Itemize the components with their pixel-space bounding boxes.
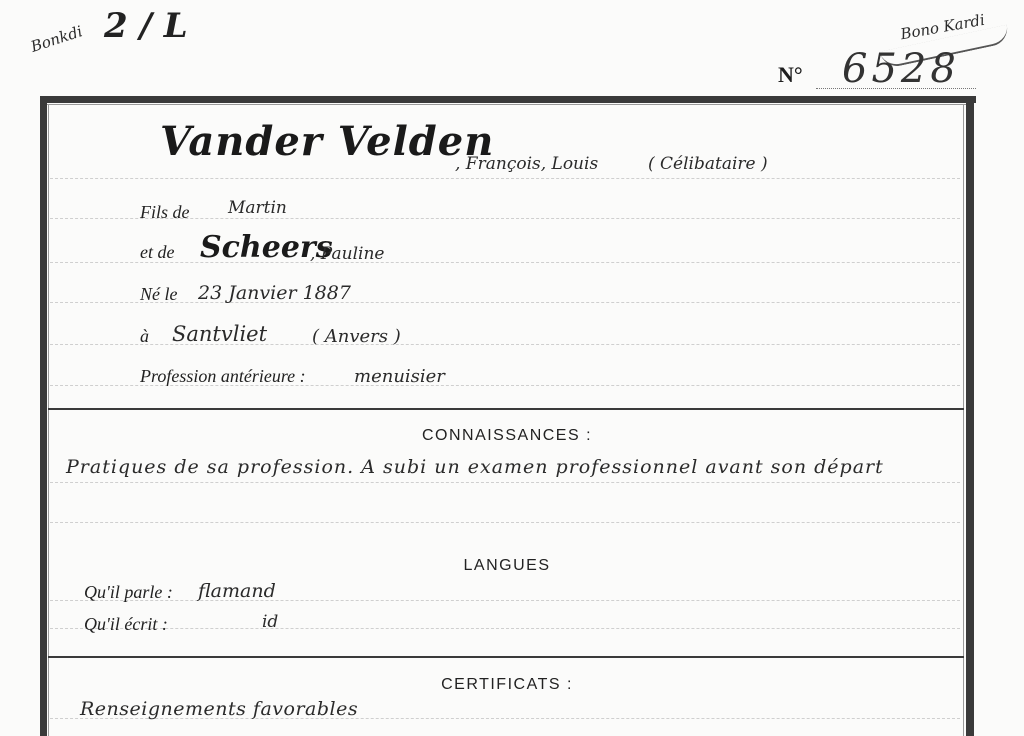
mother-row: et de Scheers , Pauline — [140, 230, 840, 270]
birth-place-value: Santvliet — [172, 322, 267, 346]
ruled-line — [50, 178, 960, 179]
speaks-value: flamand — [198, 580, 276, 602]
frame-inner-left — [48, 104, 49, 736]
birth-date-value: 23 Janvier 1887 — [198, 282, 351, 304]
record-number-label: N° — [778, 62, 803, 88]
civil-status: ( Célibataire ) — [648, 154, 768, 174]
certificats-text: Renseignements favorables — [80, 698, 358, 720]
given-names: , François, Louis — [455, 154, 598, 174]
father-label: Fils de — [140, 202, 190, 223]
identity-line: Vander Velden , François, Louis ( Céliba… — [160, 108, 960, 178]
connaissances-heading: CONNAISSANCES : — [0, 427, 1014, 445]
father-row: Fils de Martin — [140, 198, 840, 228]
writes-row: Qu'il écrit : id — [84, 612, 584, 638]
profession-value: menuisier — [354, 366, 445, 387]
surname: Vander Velden — [160, 118, 494, 165]
speaks-label: Qu'il parle : — [84, 582, 173, 603]
record-number-value: 6528 — [842, 46, 960, 92]
speaks-row: Qu'il parle : flamand — [84, 580, 584, 606]
record-number: N° 6528 — [778, 52, 978, 92]
frame-border-top — [40, 96, 976, 103]
ruled-line — [50, 522, 960, 523]
frame-inner-top — [47, 104, 969, 105]
birth-place-row: à Santvliet ( Anvers ) — [140, 322, 840, 352]
birth-place-region: ( Anvers ) — [312, 326, 401, 347]
section-divider — [48, 656, 964, 658]
frame-border-right — [966, 96, 974, 736]
section-divider — [48, 408, 964, 410]
mark-glyph: 2 / L — [104, 6, 188, 46]
frame-inner-right — [963, 104, 964, 736]
record-number-underline — [816, 88, 976, 89]
ruled-line — [50, 482, 960, 483]
mother-label: et de — [140, 242, 174, 263]
birth-place-label: à — [140, 326, 149, 347]
mother-given-name: , Pauline — [310, 244, 384, 264]
birth-date-row: Né le 23 Janvier 1887 — [140, 280, 840, 310]
profession-label: Profession antérieure : — [140, 366, 306, 387]
margin-annotation-top-left: Bonkdi — [29, 22, 85, 56]
writes-label: Qu'il écrit : — [84, 614, 168, 635]
langues-heading: LANGUES — [0, 557, 1014, 575]
connaissances-text: Pratiques de sa profession. A subi un ex… — [66, 456, 884, 478]
writes-value: id — [262, 612, 278, 632]
father-name: Martin — [228, 198, 287, 218]
margin-mark-top-left: 2 / L — [104, 8, 188, 44]
birth-date-label: Né le — [140, 284, 178, 305]
frame-border-left — [40, 96, 47, 736]
certificats-heading: CERTIFICATS : — [0, 676, 1014, 694]
profession-row: Profession antérieure : menuisier — [140, 364, 840, 394]
